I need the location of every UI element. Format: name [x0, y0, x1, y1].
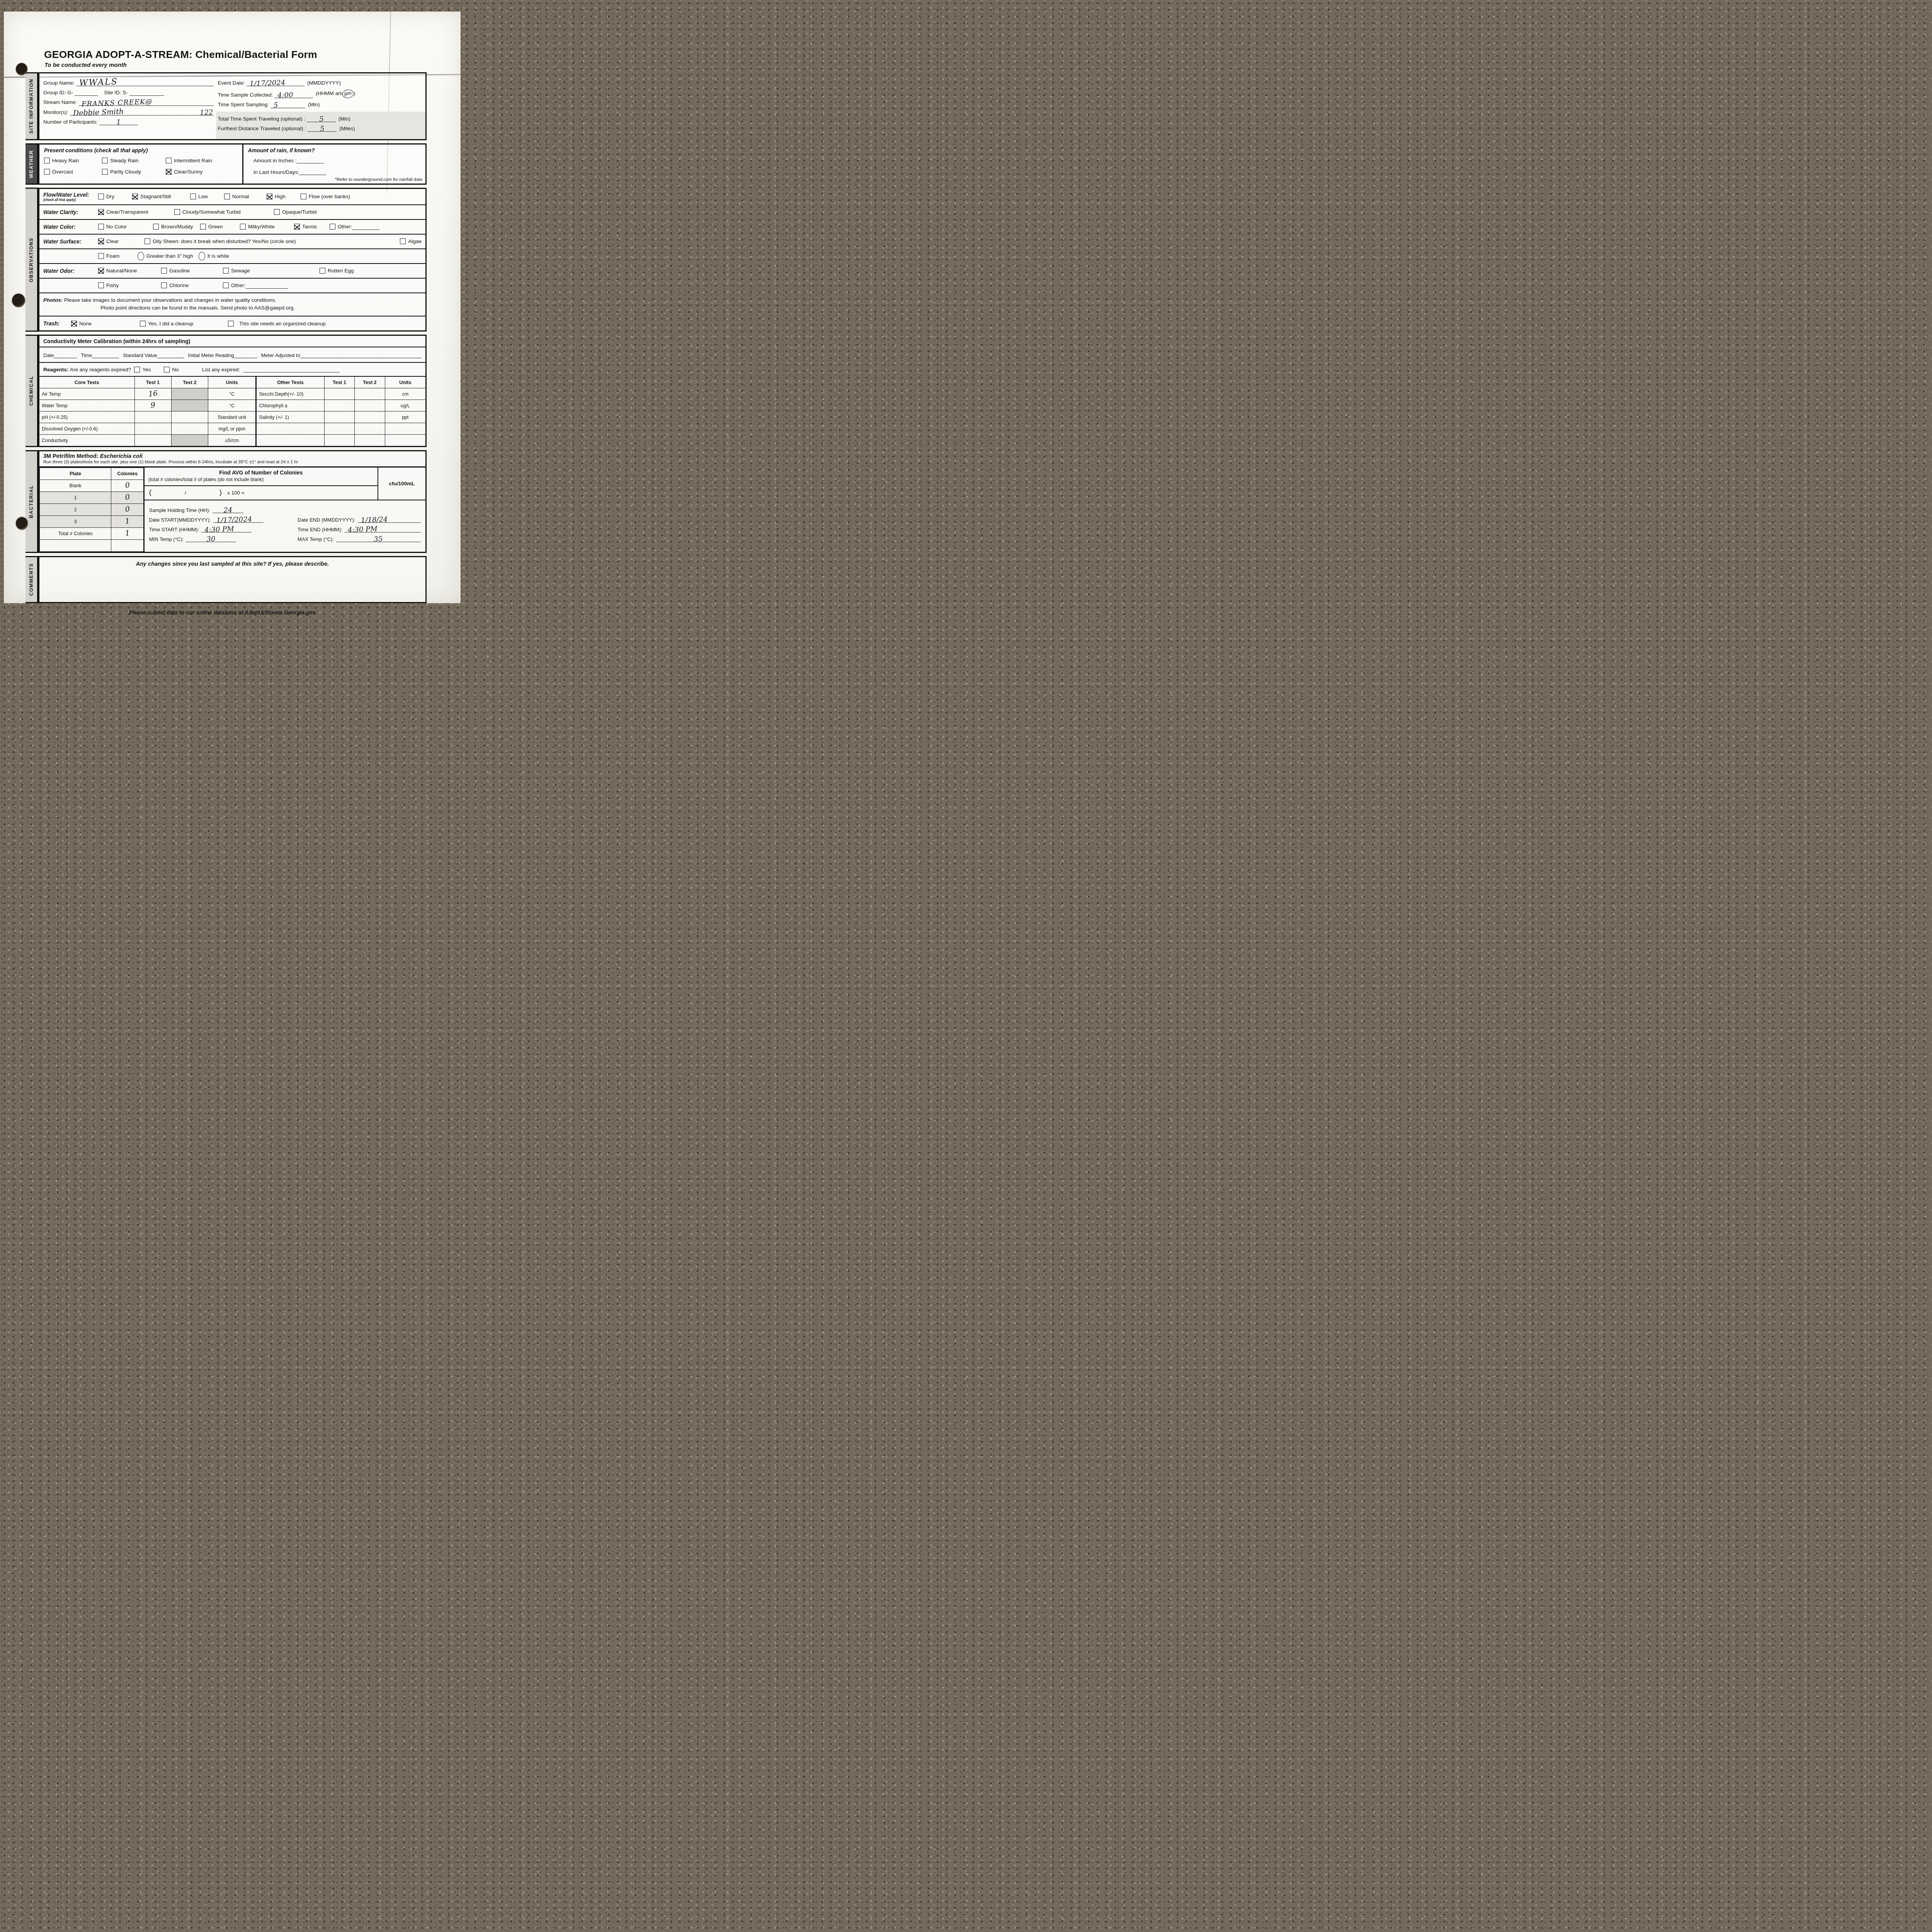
table-row: Total # Colonies 1 [40, 528, 144, 540]
flow-level-row: Flow/Water Level:(check all that apply) … [39, 189, 425, 205]
petrifilm-method-title: 3M Petrifilm Method: Escherichia coli [39, 451, 425, 459]
blank-colonies-cell[interactable]: 0 [111, 480, 143, 492]
section-bacterial: BACTERIAL 3M Petrifilm Method: Escherich… [26, 450, 427, 553]
opaque-turbid-checkbox[interactable] [274, 209, 280, 215]
cloudy-turbid-checkbox[interactable] [174, 209, 180, 215]
do-test1-cell[interactable] [134, 423, 171, 435]
trash-row: Trash: None Yes, I did a cleanup This si… [39, 316, 425, 330]
photos-instructions-2: Photo point directions can be found in t… [100, 304, 422, 312]
last-hours-label: In Last Hours/Days: [253, 169, 299, 175]
event-date-label: Event Date: [218, 80, 245, 86]
event-date-row: Event Date: 1/17/2024 (MMDDYYYY) [218, 80, 422, 86]
avg-colonies-note: (total # colonies/total # of plates (do … [145, 477, 378, 485]
list-expired-label: List any expired: [202, 367, 240, 372]
tab-chemical: CHEMICAL [26, 335, 38, 447]
last-hours-row: In Last Hours/Days: [253, 169, 421, 175]
photos-label: Photos: [43, 297, 63, 303]
plate1-colonies-cell[interactable]: 0 [111, 492, 143, 504]
optional-travel-band: Total Time Spent Traveling (optional) : … [216, 112, 425, 139]
odor-option-fishy[interactable]: Fishy [98, 282, 161, 288]
min-temp-field[interactable]: 30 [186, 536, 236, 542]
table-row: 1 0 [40, 492, 144, 504]
high-checkbox[interactable] [267, 194, 272, 199]
hole-punch [16, 517, 28, 530]
clarity-option-clear[interactable]: Clear/Transparent [98, 209, 174, 215]
calibration-date-label: Date [43, 352, 54, 358]
time-collected-format: (HHMM ampm) [316, 90, 355, 98]
odor-other-checkbox[interactable] [223, 282, 229, 288]
pm-circle[interactable]: pm [342, 89, 354, 99]
calibration-initial-field[interactable] [234, 352, 257, 358]
water-odor-row-2: Fishy Chlorine Other: [39, 279, 425, 293]
over-banks-checkbox[interactable] [301, 194, 306, 199]
time-start-field[interactable]: 4:30 PM [201, 526, 252, 532]
no-color-checkbox[interactable] [98, 224, 104, 230]
table-row: Air Temp 16 °C [39, 388, 255, 400]
other-tests-table: Other Tests Test 1 Test 2 Units Secchi D… [257, 377, 425, 446]
other-tests-header: Other Tests [257, 377, 324, 388]
comments-area[interactable]: Any changes since you last sampled at th… [38, 556, 427, 603]
water-surface-row: Water Surface: Clear Oily Sheen: does it… [39, 235, 425, 249]
traveling-handwriting: 5 [319, 116, 323, 123]
avg-formula-row: ( / ) x 100 = [145, 485, 378, 500]
color-option-milky[interactable]: Milky/White [240, 224, 294, 230]
calibration-fields-row: Date Time Standard Value Initial Meter R… [39, 347, 425, 363]
algae-checkbox[interactable] [400, 238, 406, 244]
color-option-other[interactable]: Other: [330, 224, 379, 230]
amount-inches-label: Amount in Inches : [253, 158, 297, 163]
color-option-no-color[interactable]: No Color [98, 224, 153, 230]
steady-rain-checkbox[interactable] [102, 158, 108, 163]
present-conditions-title: Present conditions (check all that apply… [44, 147, 238, 153]
time-collected-field[interactable]: 4:00 [274, 92, 313, 98]
section-site-information: SITE INFORMATION Group Name: WWALS Group… [26, 72, 427, 140]
color-option-green[interactable]: Green [200, 224, 240, 230]
traveling-label: Total Time Spent Traveling (optional) : [218, 116, 305, 122]
time-sampling-handwriting: 5 [273, 102, 278, 109]
reagents-label: Reagents: [43, 367, 68, 372]
surface-clear-checkbox[interactable] [98, 238, 104, 244]
date-end-label: Date END (MMDDYYYY): [298, 517, 355, 523]
surface-option-algae[interactable]: Algae [400, 238, 422, 244]
tab-site-information: SITE INFORMATION [26, 72, 38, 140]
odor-option-natural[interactable]: Natural/None [98, 268, 161, 274]
foam-white-circle[interactable] [199, 252, 205, 260]
calibration-initial-label: Initial Meter Reading [188, 352, 234, 358]
water-surface-label: Water Surface: [43, 238, 98, 245]
cfu-units-label: cfu/100mL [378, 468, 425, 500]
table-row: Blank 0 [40, 480, 144, 492]
weather-option-steady-rain[interactable]: Steady Rain [102, 158, 166, 163]
trash-label: Trash: [43, 320, 71, 327]
site-id-label: Site ID: S- [104, 90, 128, 96]
hole-punch [16, 63, 27, 75]
time-sampling-label: Time Spent Sampling: [218, 102, 269, 108]
group-name-row: Group Name: WWALS [43, 80, 214, 86]
core-tests-header: Core Tests [39, 377, 134, 388]
surface-option-clear[interactable]: Clear [98, 238, 145, 244]
table-row: 2 0 [40, 504, 144, 516]
stagnant-checkbox[interactable] [132, 194, 138, 199]
weather-option-overcast[interactable]: Overcast [44, 169, 102, 175]
date-start-label: Date START(MMDDYYYY): [149, 517, 211, 523]
event-date-format: (MMDDYYYY) [307, 80, 341, 86]
color-other-field[interactable] [352, 224, 379, 230]
group-name-field[interactable]: WWALS [76, 80, 214, 86]
table-row: pH (+/-0.25) Standard unit [39, 412, 255, 423]
date-start-field[interactable]: 1/17/2024 [213, 517, 264, 523]
ph-test1-cell[interactable] [134, 412, 171, 423]
table-row: 3 1 [40, 516, 144, 528]
stream-name-row: Stream Name: FRANKS CREEK@ [43, 99, 214, 105]
reagents-row: Reagents: Are any reagents expired? Yes … [39, 363, 425, 377]
calibration-standard-label: Standard Value [123, 352, 157, 358]
reagents-yes-checkbox[interactable] [134, 367, 140, 372]
traveling-field[interactable]: 5 [307, 116, 336, 122]
date-end-field[interactable]: 1/18/24 [358, 517, 421, 523]
flow-level-label: Flow/Water Level:(check all that apply) [43, 192, 98, 202]
hole-punch [12, 294, 25, 307]
calibration-title: Conductivity Meter Calibration (within 2… [39, 336, 425, 347]
milky-white-checkbox[interactable] [240, 224, 246, 230]
foam-height-option[interactable]: Greater than 3" high [138, 252, 193, 260]
tab-weather: WEATHER [26, 143, 38, 185]
odor-option-chlorine[interactable]: Chlorine [161, 282, 223, 288]
did-cleanup-checkbox[interactable] [140, 321, 146, 327]
submit-note: Please submit data to our online databas… [18, 609, 427, 616]
table-row: Chlorophyll a ug/L [257, 400, 425, 412]
section-observations: OBSERVATIONS Flow/Water Level:(check all… [26, 188, 427, 332]
clarity-option-cloudy[interactable]: Cloudy/Somewhat Turbid [174, 209, 274, 215]
weather-option-intermittent-rain[interactable]: Intermittent Rain [166, 158, 238, 163]
heavy-rain-checkbox[interactable] [44, 158, 50, 163]
monitors-field[interactable]: Debbie Smith 122 [70, 109, 214, 116]
photos-row: Photos: Please take images to document y… [39, 293, 425, 317]
section-comments: COMMENTS Any changes since you last samp… [26, 556, 427, 603]
normal-checkbox[interactable] [224, 194, 230, 199]
table-row [257, 435, 425, 446]
tab-comments: COMMENTS [26, 556, 38, 603]
dry-checkbox[interactable] [98, 194, 104, 199]
odor-other-field[interactable] [246, 282, 288, 289]
distance-handwriting: 5 [320, 126, 325, 133]
plate3-colonies-cell[interactable]: 1 [111, 516, 143, 528]
traveling-unit: (Min) [338, 116, 350, 122]
table-row: Salinity (+/- 1) ppt [257, 412, 425, 423]
stream-name-handwriting: FRANKS CREEK@ [82, 98, 153, 107]
table-row [257, 423, 425, 435]
flow-sublabel: (check all that apply) [43, 198, 98, 202]
calibration-time-label: Time [81, 352, 92, 358]
intermittent-rain-checkbox[interactable] [166, 158, 172, 163]
water-clarity-label: Water Clarity: [43, 209, 98, 215]
color-other-checkbox[interactable] [330, 224, 335, 230]
overcast-checkbox[interactable] [44, 169, 50, 175]
green-checkbox[interactable] [200, 224, 206, 230]
color-option-brown[interactable]: Brown/Muddy [153, 224, 200, 230]
avg-colonies-title: Find AVG of Number of Colonies [145, 468, 378, 477]
odor-option-other[interactable]: Other: [223, 282, 288, 289]
table-row: Secchi Depth(+/- 10) cm [257, 388, 425, 400]
table-row: Conductivity uS/cm [39, 435, 255, 446]
participants-field[interactable]: 1 [99, 119, 138, 125]
brown-muddy-checkbox[interactable] [153, 224, 159, 230]
surface-option-oily-sheen[interactable]: Oily Sheen: does it break when disturbed… [145, 238, 400, 244]
low-checkbox[interactable] [190, 194, 196, 199]
holding-time-field[interactable]: 24 [213, 507, 243, 513]
trash-option-needs-cleanup[interactable]: This site needs an organized cleanup [228, 321, 326, 327]
group-name-handwriting: WWALS [79, 78, 118, 87]
partly-cloudy-checkbox[interactable] [102, 169, 108, 175]
min-temp-label: MIN Temp (°C): [149, 536, 184, 542]
x100-label: x 100 = [227, 490, 245, 496]
monitors-label: Monitor(s): [43, 109, 68, 116]
reagents-yes-label: Yes [142, 367, 151, 372]
amount-inches-row: Amount in Inches : [253, 157, 421, 163]
last-hours-field[interactable] [299, 169, 326, 175]
flow-option-high[interactable]: High [267, 194, 301, 199]
section-chemical: CHEMICAL Conductivity Meter Calibration … [26, 335, 427, 447]
time-end-row: Time END (HHMM): 4:30 PM [298, 526, 421, 532]
calibration-adjusted-label: Meter Adjusted to [261, 352, 300, 358]
monitors-number-handwriting: 122 [200, 109, 213, 116]
table-row [40, 540, 144, 552]
foam-height-circle[interactable] [138, 252, 144, 260]
sewage-checkbox[interactable] [223, 268, 229, 274]
date-start-row: Date START(MMDDYYYY): 1/17/2024 [149, 517, 298, 523]
tab-observations: OBSERVATIONS [26, 188, 38, 332]
clear-sunny-checkbox[interactable] [166, 169, 172, 175]
time-sampling-field[interactable]: 5 [270, 102, 305, 108]
calibration-date-field[interactable] [54, 352, 77, 358]
comments-prompt: Any changes since you last sampled at th… [45, 561, 420, 567]
plate-colonies-table: Plate Colonies Blank 0 1 0 [39, 468, 145, 552]
monitors-handwriting: Debbie Smith [73, 108, 124, 117]
holding-time-label: Sample Holding Time (HH): [149, 507, 210, 513]
flow-option-over-banks[interactable]: Flow (over banks) [301, 194, 350, 199]
traveling-row: Total Time Spent Traveling (optional) : … [218, 116, 422, 122]
participants-row: Number of Participants: 1 [43, 119, 214, 125]
odor-option-sewage[interactable]: Sewage [223, 268, 320, 274]
flow-option-stagnant[interactable]: Stagnant/Still [132, 194, 190, 199]
oily-sheen-checkbox[interactable] [145, 238, 150, 244]
petrifilm-instructions: Run three (3) plates/tests for each site… [39, 459, 425, 468]
list-expired-field[interactable] [243, 366, 340, 372]
calibration-standard-field[interactable] [157, 352, 184, 358]
tannic-checkbox[interactable] [294, 224, 300, 230]
water-color-row: Water Color: No Color Brown/Muddy Green … [39, 220, 425, 235]
rotten-egg-checkbox[interactable] [320, 268, 325, 274]
reagents-no-checkbox[interactable] [164, 367, 170, 372]
stream-name-label: Stream Name: [43, 99, 77, 105]
group-id-field[interactable] [75, 90, 98, 96]
site-id-field[interactable] [129, 90, 164, 96]
ids-row: Group ID: G- Site ID: S- [43, 90, 214, 96]
date-end-row: Date END (MMDDYYYY): 1/18/24 [298, 517, 421, 523]
gasoline-checkbox[interactable] [161, 268, 167, 274]
reagents-question: Are any reagents expired? [70, 367, 131, 372]
time-start-label: Time START (HHMM): [149, 527, 199, 532]
weather-option-heavy-rain[interactable]: Heavy Rain [44, 158, 102, 163]
amount-inches-field[interactable] [297, 157, 324, 163]
foam-option[interactable]: Foam [98, 253, 120, 259]
total-colonies-cell[interactable]: 1 [111, 528, 143, 540]
event-date-handwriting: 1/17/2024 [250, 80, 286, 88]
odor-option-rotten-egg[interactable]: Rotten Egg [320, 268, 354, 274]
section-weather: WEATHER Present conditions (check all th… [26, 143, 427, 185]
fishy-checkbox[interactable] [98, 282, 104, 288]
flow-option-dry[interactable]: Dry [98, 194, 132, 199]
reagents-no-label: No [172, 367, 179, 372]
trash-option-cleanup[interactable]: Yes, I did a cleanup [140, 321, 228, 327]
trash-none-checkbox[interactable] [71, 321, 77, 327]
flow-option-low[interactable]: Low [190, 194, 224, 199]
monitors-row: Monitor(s): Debbie Smith 122 [43, 109, 214, 116]
color-option-tannic[interactable]: Tannic [294, 224, 330, 230]
rainfall-reference-note: *Refer to wunderground.com for rainfall … [335, 177, 422, 182]
event-date-field[interactable]: 1/17/2024 [247, 80, 304, 86]
water-odor-row: Water Odor: Natural/None Gasoline Sewage… [39, 264, 425, 279]
calibration-adjusted-field[interactable] [300, 352, 422, 358]
foam-white-option[interactable]: It is white [199, 252, 229, 260]
time-start-row: Time START (HHMM): 4:30 PM [149, 526, 298, 532]
page-title: GEORGIA ADOPT-A-STREAM: Chemical/Bacteri… [44, 49, 427, 61]
max-temp-field[interactable]: 35 [336, 536, 421, 542]
conductivity-test1-cell[interactable] [134, 435, 171, 446]
water-color-label: Water Color: [43, 224, 98, 230]
water-temp-test1-cell[interactable]: 9 [134, 400, 171, 412]
min-temp-row: MIN Temp (°C): 30 [149, 536, 298, 542]
trash-option-none[interactable]: None [71, 321, 140, 327]
time-end-field[interactable]: 4:30 PM [345, 526, 421, 532]
time-collected-row: Time Sample Collected: 4:00 (HHMM ampm) [218, 90, 422, 98]
flow-option-normal[interactable]: Normal [224, 194, 267, 199]
group-name-label: Group Name: [43, 80, 75, 86]
paper-sheet: GEORGIA ADOPT-A-STREAM: Chemical/Bacteri… [4, 12, 461, 603]
water-odor-label: Water Odor: [43, 268, 98, 274]
time-sampling-unit: (Min) [308, 102, 320, 108]
water-clarity-row: Water Clarity: Clear/Transparent Cloudy/… [39, 205, 425, 220]
odor-option-gasoline[interactable]: Gasoline [161, 268, 223, 274]
clear-transparent-checkbox[interactable] [98, 209, 104, 215]
participants-label: Number of Participants: [43, 119, 98, 125]
group-id-label: Group ID: G- [43, 90, 73, 96]
time-collected-handwriting: 4:00 [277, 92, 293, 99]
distance-row: Furthest Distance Traveled (optional) : … [218, 126, 422, 132]
page-subtitle: To be conducted every month [44, 62, 427, 68]
distance-unit: (Miles) [339, 126, 355, 132]
needs-cleanup-checkbox[interactable] [228, 321, 234, 327]
time-sampling-row: Time Spent Sampling: 5 (Min) [218, 102, 422, 108]
air-temp-test1-cell[interactable]: 16 [134, 388, 171, 400]
distance-label: Furthest Distance Traveled (optional) : [218, 126, 306, 132]
calibration-time-field[interactable] [92, 352, 119, 358]
max-temp-label: MAX Temp (°C): [298, 536, 334, 542]
weather-option-partly-cloudy[interactable]: Partly Cloudy [102, 169, 166, 175]
photos-instructions-1: Please take images to document your obse… [64, 297, 276, 303]
natural-none-checkbox[interactable] [98, 268, 104, 274]
holding-time-row: Sample Holding Time (HH): 24 [149, 507, 421, 513]
scanned-form-page: { "header": { "title": "GEORGIA ADOPT-A-… [0, 0, 464, 609]
weather-option-clear-sunny[interactable]: Clear/Sunny [166, 169, 238, 175]
core-tests-table: Core Tests Test 1 Test 2 Units Air Temp … [39, 377, 257, 446]
clarity-option-opaque[interactable]: Opaque/Turbid [274, 209, 317, 215]
stream-name-field[interactable]: FRANKS CREEK@ [78, 100, 214, 106]
foam-row: Foam Greater than 3" high It is white [39, 249, 425, 264]
time-end-label: Time END (HHMM): [298, 527, 342, 532]
foam-checkbox[interactable] [98, 253, 104, 259]
participants-handwriting: 1 [116, 119, 121, 126]
distance-field[interactable]: 5 [308, 126, 337, 132]
table-row: Water Temp 9 °C [39, 400, 255, 412]
table-row: Dissolved Oxygen (+/-0.6) mg/L or ppm [39, 423, 255, 435]
max-temp-row: MAX Temp (°C): 35 [298, 536, 421, 542]
rain-amount-title: Amount of rain, if known? [248, 147, 421, 153]
tab-bacterial: BACTERIAL [26, 450, 38, 553]
chlorine-checkbox[interactable] [161, 282, 167, 288]
time-collected-label: Time Sample Collected: [218, 92, 273, 98]
plate2-colonies-cell[interactable]: 0 [111, 504, 143, 516]
